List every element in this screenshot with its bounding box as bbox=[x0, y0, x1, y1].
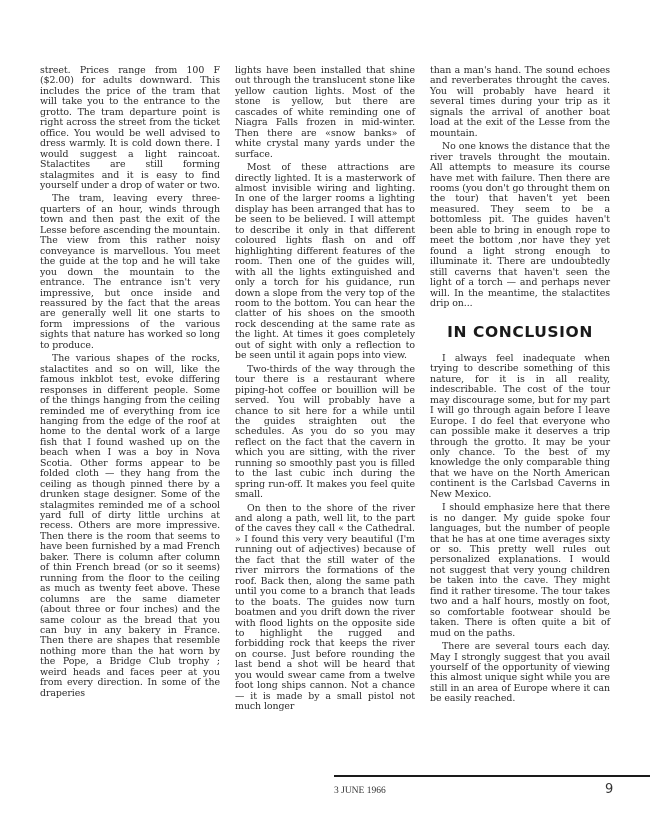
paragraph: Two-thirds of the way through the tour t… bbox=[235, 365, 415, 501]
paragraph: On then to the shore of the river and al… bbox=[235, 504, 415, 713]
paragraph: The various shapes of the rocks, stalact… bbox=[40, 354, 220, 699]
article-column-2: lights have been installed that shine ou… bbox=[235, 66, 415, 716]
paragraph: lights have been installed that shine ou… bbox=[235, 66, 415, 160]
paragraph: There are several tours each day. May I … bbox=[430, 642, 610, 705]
paragraph: than a man's hand. The sound echoes and … bbox=[430, 66, 610, 139]
paragraph: The tram, leaving every three-quarters o… bbox=[40, 194, 220, 351]
paragraph: No one knows the distance that the river… bbox=[430, 142, 610, 309]
paragraph: street. Prices range from 100 F ($2.00) … bbox=[40, 66, 220, 191]
paragraph: I always feel inadequate when trying to … bbox=[430, 354, 610, 500]
article-column-3: than a man's hand. The sound echoes and … bbox=[430, 66, 610, 708]
article-column-1: street. Prices range from 100 F ($2.00) … bbox=[40, 66, 220, 702]
footer-date: 3 JUNE 1966 bbox=[334, 786, 386, 796]
paragraph: I should emphasize here that there is no… bbox=[430, 503, 610, 639]
footer-rule bbox=[334, 775, 650, 777]
section-heading: IN CONCLUSION bbox=[430, 327, 610, 337]
paragraph: Most of these attractions are directly l… bbox=[235, 163, 415, 362]
page-number: 9 bbox=[605, 782, 613, 797]
